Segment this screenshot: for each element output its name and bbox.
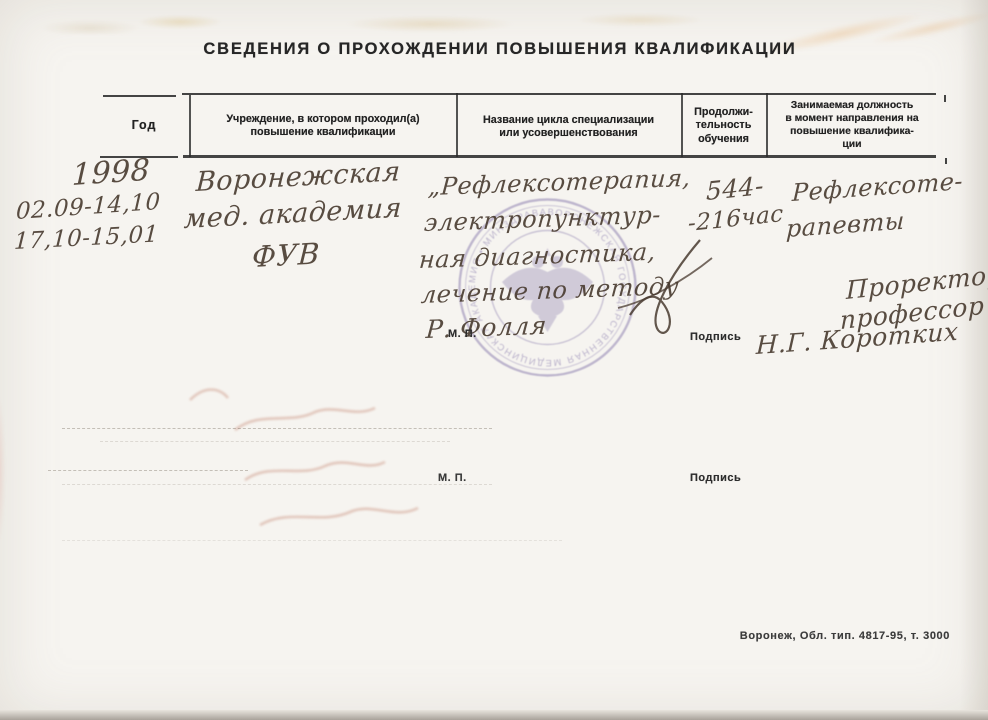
- handwritten-institution-line1: Воронежская: [195, 156, 401, 198]
- scan-bottom-edge: [0, 710, 988, 720]
- column-header-duration-line1: Продолжи-: [694, 106, 753, 119]
- column-header-year: Год: [100, 100, 188, 152]
- column-header-duration-line2: тельность: [696, 119, 752, 132]
- table-right-tick-top: [944, 95, 946, 102]
- column-header-position: Занимаемая должность в момент направлени…: [768, 94, 936, 156]
- column-header-position-line1: Занимаемая должность: [791, 99, 914, 112]
- handwritten-date-range-1: 02.09-14,10: [16, 189, 162, 225]
- handwritten-cycle-line1: „Рефлексотерапия,: [427, 164, 692, 201]
- column-header-position-line3: повышение квалифика-: [790, 125, 914, 138]
- signature-label-1: Подпись: [690, 331, 741, 343]
- stamp-place-label-2: М. П.: [438, 472, 467, 484]
- column-header-position-line2: в момент направления на: [785, 112, 918, 125]
- handwritten-duration-line1: 544-: [706, 171, 764, 206]
- table-top-border-left: [103, 95, 176, 97]
- handwritten-date-range-2: 17,10-15,01: [13, 221, 159, 255]
- handwritten-position-line2: рапевты: [786, 207, 906, 243]
- column-header-institution-line2: повышение квалификации: [251, 126, 396, 139]
- scan-left-smudge: [0, 370, 12, 570]
- signature-label-2: Подпись: [690, 472, 741, 484]
- column-header-year-label: Год: [132, 118, 157, 134]
- scan-right-shade: [960, 0, 988, 720]
- column-header-cycle-line2: или усовершенствования: [499, 127, 637, 140]
- column-header-position-line4: ции: [842, 138, 861, 151]
- column-divider-1: [189, 95, 191, 157]
- handwritten-year: 1998: [71, 152, 150, 193]
- column-header-duration-line3: обучения: [698, 133, 749, 146]
- printer-imprint: Воронеж, Обл. тип. 4817-95, т. 3000: [660, 630, 950, 642]
- page-title: СВЕДЕНИЯ О ПРОХОЖДЕНИИ ПОВЫШЕНИЯ КВАЛИФИ…: [170, 40, 830, 59]
- column-header-cycle: Название цикла специализации или усоверш…: [458, 102, 679, 152]
- bleed-through-handwriting: [150, 380, 600, 550]
- column-header-institution: Учреждение, в котором проходил(а) повыше…: [192, 100, 454, 152]
- handwritten-position-line1: Рефлексоте-: [792, 167, 964, 207]
- handwritten-institution-line3: ФУВ: [251, 236, 321, 274]
- column-header-cycle-line1: Название цикла специализации: [483, 114, 654, 127]
- column-header-duration: Продолжи- тельность обучения: [683, 98, 764, 154]
- signature-flourish: [600, 230, 730, 345]
- handwritten-signatory-name: Н.Г. Коротких: [755, 317, 959, 360]
- handwritten-cycle-line5: Р. Фолля: [425, 311, 548, 344]
- handwritten-institution-line2: мед. академия: [183, 193, 403, 236]
- certificate-scan-page: СВЕДЕНИЯ О ПРОХОЖДЕНИИ ПОВЫШЕНИЯ КВАЛИФИ…: [0, 0, 988, 720]
- column-header-institution-line1: Учреждение, в котором проходил(а): [226, 113, 419, 126]
- table-right-tick-bottom: [945, 158, 947, 164]
- stamp-place-label-1: М. П.: [448, 328, 477, 340]
